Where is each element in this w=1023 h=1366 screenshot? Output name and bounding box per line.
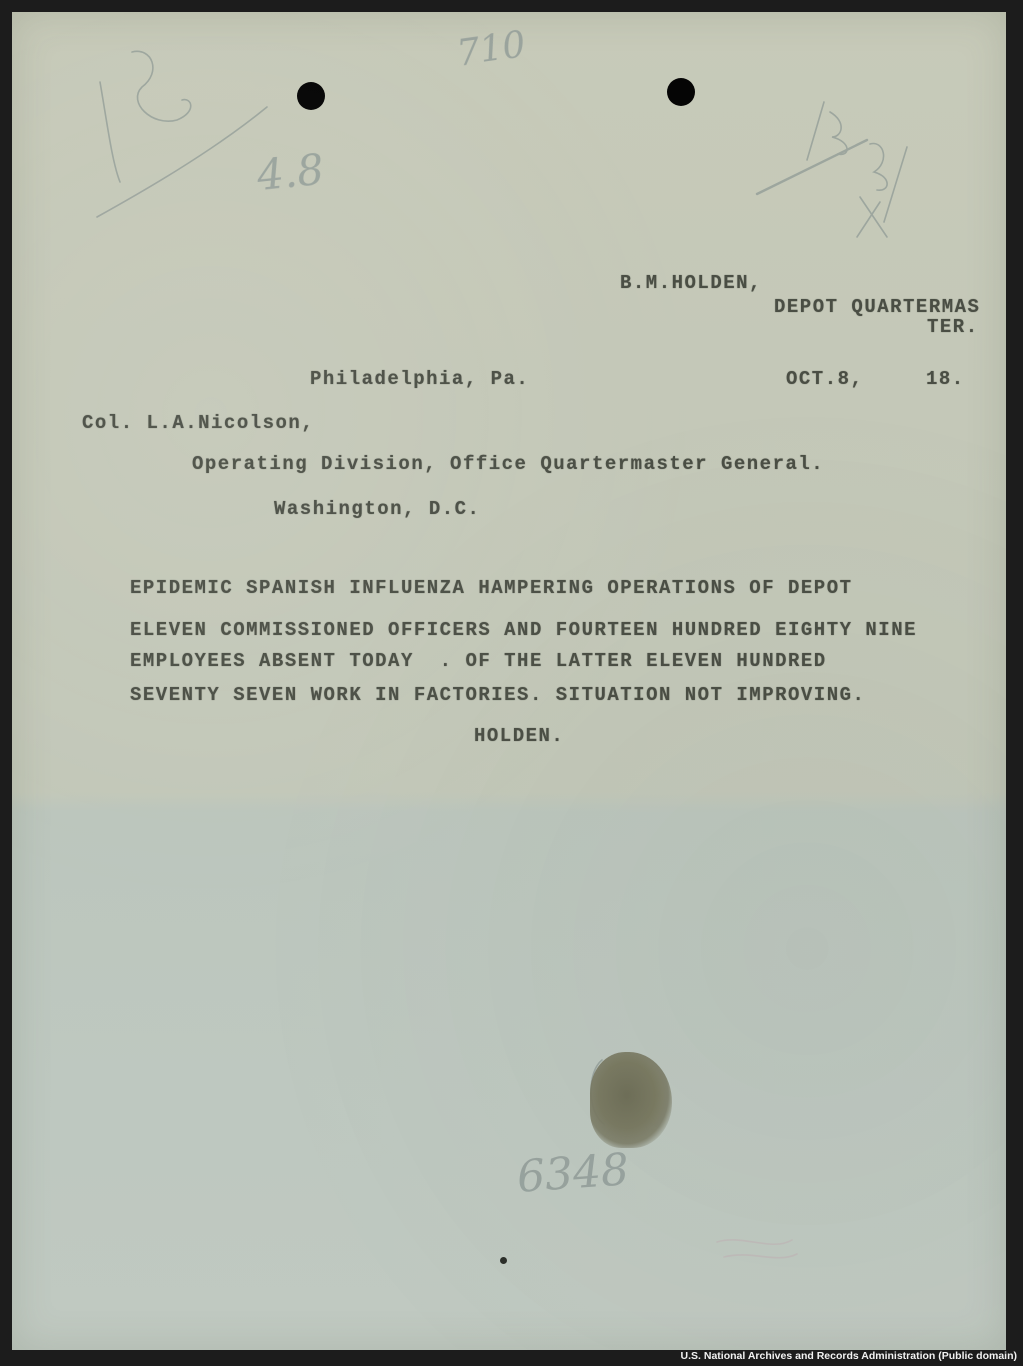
body-line-2: ELEVEN COMMISSIONED OFFICERS AND FOURTEE…	[130, 621, 917, 640]
telegram-page: 710 4.8 6348 B.M.HOLDEN, DEPOT QUARTERMA…	[12, 12, 1006, 1350]
handwritten-number-bottom: 6348	[516, 1148, 631, 1200]
pencil-marks	[12, 12, 1006, 1350]
ink-stain	[590, 1052, 672, 1148]
punch-hole-left	[297, 82, 325, 110]
document-viewer: 710 4.8 6348 B.M.HOLDEN, DEPOT QUARTERMA…	[0, 0, 1023, 1366]
sender-name: B.M.HOLDEN,	[620, 274, 762, 293]
year: 18.	[926, 370, 965, 389]
place-line: Philadelphia, Pa.	[310, 370, 529, 389]
addressee-name: Col. L.A.Nicolson,	[82, 414, 314, 433]
body-line-3: EMPLOYEES ABSENT TODAY . OF THE LATTER E…	[130, 652, 827, 671]
sender-title-line2: TER.	[927, 318, 979, 337]
handwritten-number-left: 4.8	[255, 149, 326, 198]
small-ink-dot	[500, 1257, 507, 1264]
handwritten-number-top: 710	[455, 27, 528, 72]
body-line-1: EPIDEMIC SPANISH INFLUENZA HAMPERING OPE…	[130, 579, 853, 598]
sender-title-line1: DEPOT QUARTERMAS	[774, 298, 980, 317]
punch-hole-right	[667, 78, 695, 106]
date: OCT.8,	[786, 370, 863, 389]
addressee-city: Washington, D.C.	[274, 500, 480, 519]
image-credit: U.S. National Archives and Records Admin…	[681, 1350, 1017, 1362]
body-line-4: SEVENTY SEVEN WORK IN FACTORIES. SITUATI…	[130, 686, 865, 705]
signature: HOLDEN.	[474, 727, 564, 746]
addressee-office: Operating Division, Office Quartermaster…	[192, 455, 824, 474]
